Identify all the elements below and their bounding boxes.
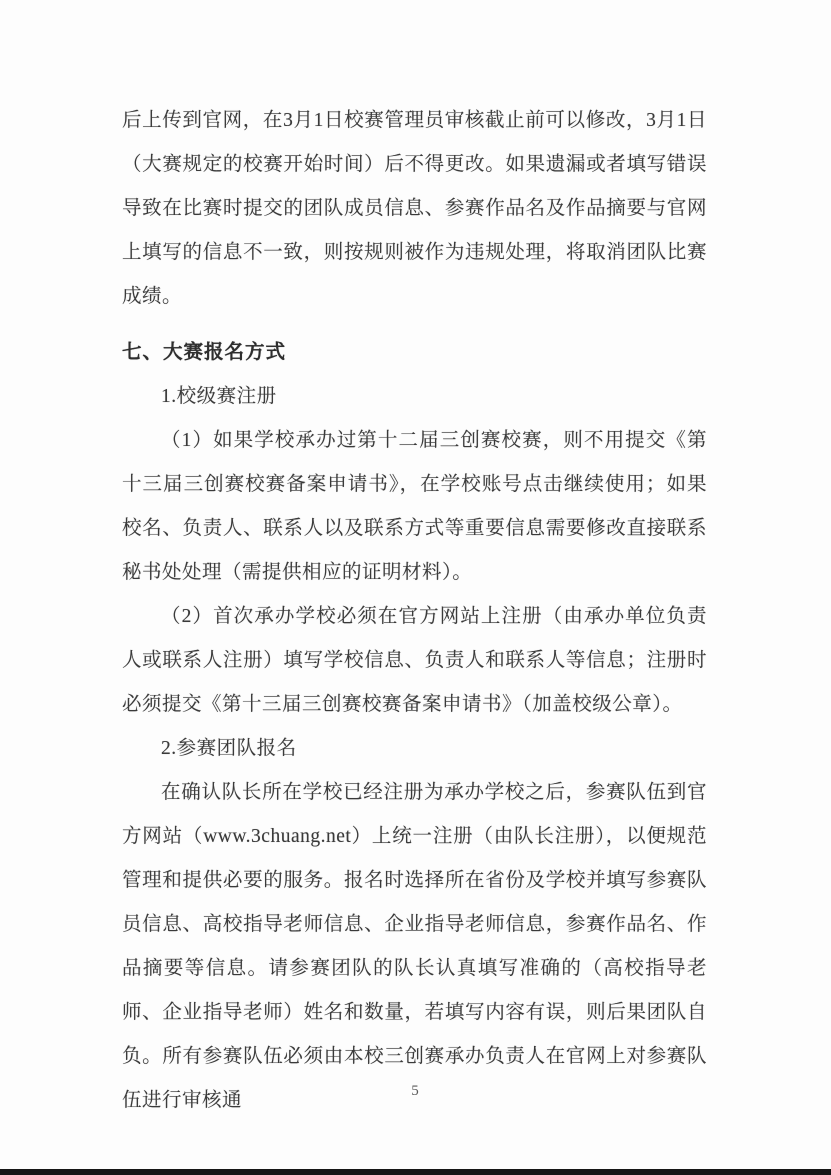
subsection-title-team-registration: 2.参赛团队报名 — [122, 727, 707, 771]
page-number: 5 — [0, 1083, 831, 1100]
document-body: 后上传到官网，在3月1日校赛管理员审核截止前可以修改，3月1日（大赛规定的校赛开… — [122, 0, 707, 1123]
document-page: 后上传到官网，在3月1日校赛管理员审核截止前可以修改，3月1日（大赛规定的校赛开… — [0, 0, 831, 1175]
paragraph-item-1: （1）如果学校承办过第十二届三创赛校赛，则不用提交《第十三届三创赛校赛备案申请书… — [122, 419, 707, 595]
paragraph-item-2: （2）首次承办学校必须在官方网站上注册（由承办单位负责人或联系人注册）填写学校信… — [122, 595, 707, 727]
section-heading-registration-method: 七、大赛报名方式 — [122, 331, 707, 375]
subsection-title-school-registration: 1.校级赛注册 — [122, 375, 707, 419]
page-bottom-edge — [0, 1169, 831, 1175]
paragraph-team-registration-detail: 在确认队长所在学校已经注册为承办学校之后，参赛队伍到官方网站（www.3chua… — [122, 771, 707, 1123]
paragraph-continuation: 后上传到官网，在3月1日校赛管理员审核截止前可以修改，3月1日（大赛规定的校赛开… — [122, 99, 707, 319]
